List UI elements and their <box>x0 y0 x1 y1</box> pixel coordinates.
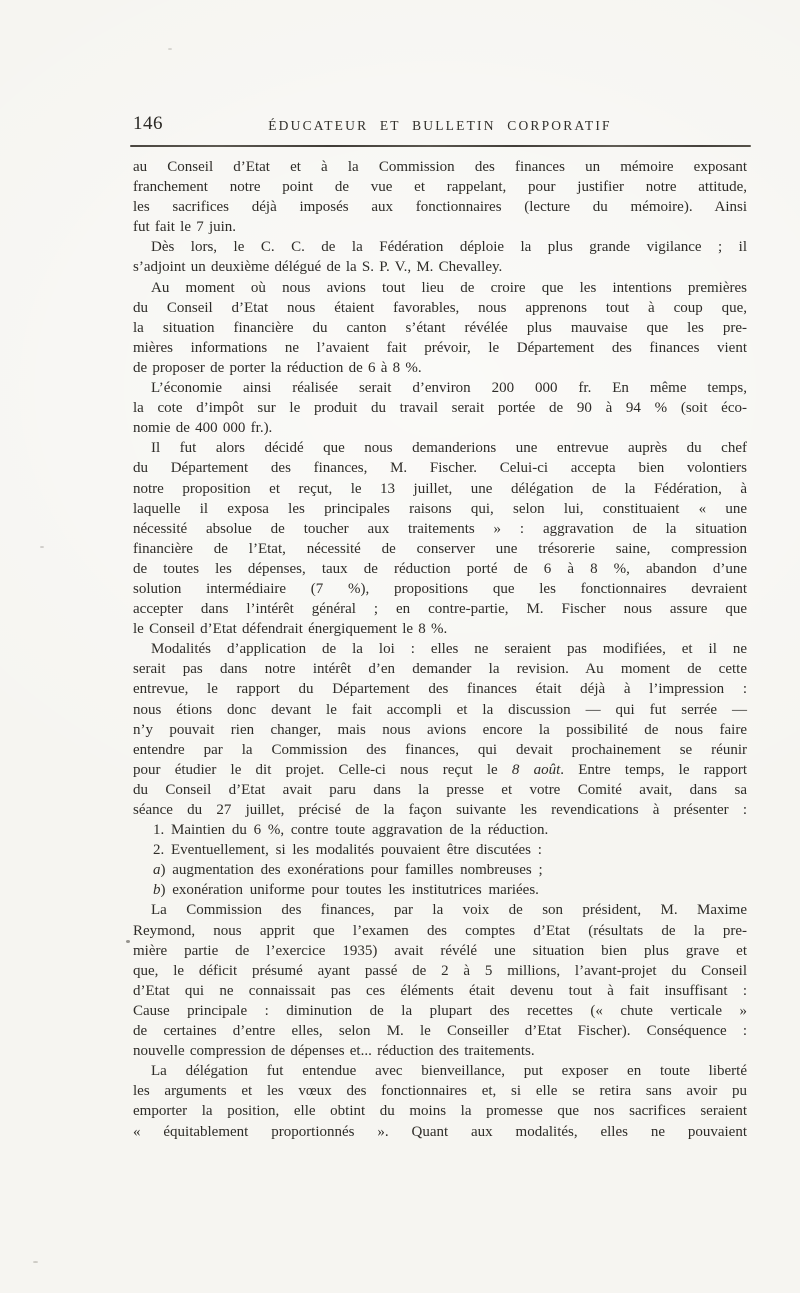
text-line: au Conseil d’Etat et à la Commission des… <box>133 157 747 177</box>
text-line: d’Etat qui ne connaissait pas ces élémen… <box>133 981 747 1001</box>
text-line: laquelle il exposa les principales raiso… <box>133 499 747 519</box>
text-line: Dès lors, le C. C. de la Fédération dépl… <box>133 237 747 257</box>
text-line: a) augmentation des exonérations pour fa… <box>133 860 747 880</box>
text-line: Cause principale : diminution de la plup… <box>133 1001 747 1021</box>
text-line: serait pas dans notre intérêt d’en deman… <box>133 659 747 679</box>
text-block: au Conseil d’Etat et à la Commission des… <box>133 157 747 1142</box>
text-line: que, le déficit présumé ayant passé de 2… <box>133 961 747 981</box>
text-line: nomie de 400 000 fr.). <box>133 418 747 438</box>
italic-text: b <box>153 882 161 898</box>
text-line: de certaines d’entre elles, selon M. le … <box>133 1021 747 1041</box>
text-line: entendre par la Commission des finances,… <box>133 740 747 760</box>
text-line: b) exonération uniforme pour toutes les … <box>133 880 747 900</box>
scan-speck <box>168 48 172 50</box>
text-line: mières informations ne l’avaient fait pr… <box>133 338 747 358</box>
header-rule <box>130 145 751 147</box>
text-line: mière partie de l’exercice 1935) avait r… <box>133 941 747 961</box>
text-line: nécessité absolue de toucher aux traitem… <box>133 519 747 539</box>
text-line: le Conseil d’Etat défendrait énergiqueme… <box>133 619 747 639</box>
text-line: La délégation fut entendue avec bienveil… <box>133 1061 747 1081</box>
text-line: solution intermédiaire (7 %), propositio… <box>133 579 747 599</box>
text-line: s’adjoint un deuxième délégué de la S. P… <box>133 257 747 277</box>
text-line: La Commission des finances, par la voix … <box>133 900 747 920</box>
text-line: entrevue, le rapport du Département des … <box>133 679 747 699</box>
text-line: de toutes les dépenses, taux de réductio… <box>133 559 747 579</box>
text-line: du Conseil d’Etat avait paru dans la pre… <box>133 780 747 800</box>
text-line: du Département des finances, M. Fischer.… <box>133 458 747 478</box>
scanned-page: 146 ÉDUCATEUR ET BULLETIN CORPORATIF au … <box>0 0 800 1293</box>
journal-title: ÉDUCATEUR ET BULLETIN CORPORATIF <box>133 118 747 134</box>
text-line: du Conseil d’Etat nous étaient favorable… <box>133 298 747 318</box>
text-line: 2. Eventuellement, si les modalités pouv… <box>133 840 747 860</box>
text-line: n’y pouvait rien changer, mais nous avio… <box>133 720 747 740</box>
text-line: emporter la position, elle obtint du moi… <box>133 1101 747 1121</box>
italic-text: a <box>153 862 161 878</box>
text-line: notre proposition et reçut, le 13 juille… <box>133 479 747 499</box>
text-line: la situation financière du canton s’étan… <box>133 318 747 338</box>
text-line: Au moment où nous avions tout lieu de cr… <box>133 278 747 298</box>
text-line: séance du 27 juillet, précisé de la faço… <box>133 800 747 820</box>
text-line: pour étudier le dit projet. Celle-ci nou… <box>133 760 747 780</box>
text-line: Reymond, nous apprit que l’examen des co… <box>133 921 747 941</box>
text-line: nous étions donc devant le fait accompli… <box>133 700 747 720</box>
text-line: Il fut alors décidé que nous demanderion… <box>133 438 747 458</box>
text-line: L’économie ainsi réalisée serait d’envir… <box>133 378 747 398</box>
scan-speck <box>33 1261 38 1263</box>
text-line: la cote d’impôt sur le produit du travai… <box>133 398 747 418</box>
text-line: franchement notre point de vue et rappel… <box>133 177 747 197</box>
text-line: accepter dans l’intérêt général ; en con… <box>133 599 747 619</box>
text-line: nouvelle compression de dépenses et... r… <box>133 1041 747 1061</box>
text-line: « équitablement proportionnés ». Quant a… <box>133 1122 747 1142</box>
text-line: 1. Maintien du 6 %, contre toute aggrava… <box>133 820 747 840</box>
text-line: Modalités d’application de la loi : elle… <box>133 639 747 659</box>
text-line: les arguments et les vœux des fonctionna… <box>133 1081 747 1101</box>
text-line: de proposer de porter la réduction de 6 … <box>133 358 747 378</box>
italic-text: 8 août <box>512 762 560 778</box>
text-line: les sacrifices déjà imposés aux fonction… <box>133 197 747 217</box>
scan-speck <box>126 940 130 943</box>
page-header: 146 ÉDUCATEUR ET BULLETIN CORPORATIF <box>133 112 747 140</box>
scan-speck <box>40 546 44 548</box>
text-line: financière de l’Etat, nécessité de conse… <box>133 539 747 559</box>
text-line: fut fait le 7 juin. <box>133 217 747 237</box>
